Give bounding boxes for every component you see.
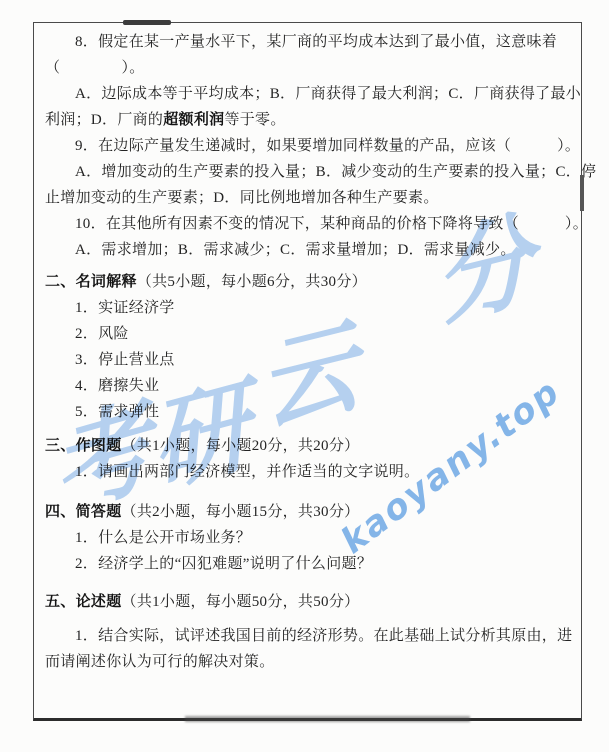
section2-heading: 二、名词解释（共5小题，每小题6分，共30分） — [45, 269, 575, 295]
text: 5．需求弹性 — [75, 404, 159, 420]
text: A．边际成本等于平均成本；B．厂商获得了最大利润；C．厂商获得了最小 — [75, 86, 581, 102]
text: （ ）。 — [45, 60, 145, 76]
q9-options-line1: A．增加变动的生产要素的投入量；B．减少变动的生产要素的投入量；C．停 — [45, 159, 575, 185]
section3-item1: 1．请画出两部门经济模型，并作适当的文字说明。 — [45, 459, 575, 485]
bold-text: 二、名词解释 — [45, 274, 137, 290]
scanned-exam-page: 8．假定在某一产量水平下，某厂商的平均成本达到了最小值，这意味着（ ）。A．边际… — [0, 0, 609, 752]
text: 2．经济学上的“囚犯难题”说明了什么问题？ — [75, 556, 372, 572]
text: （共1小题，每小题50分，共50分） — [122, 594, 360, 610]
section4-item2: 2．经济学上的“囚犯难题”说明了什么问题？ — [45, 551, 575, 577]
text: 等于零。 — [224, 112, 285, 128]
bold-text: 四、简答题 — [45, 504, 122, 520]
bold-text: 超额利润 — [163, 112, 224, 128]
section2-item2: 2．风险 — [45, 321, 575, 347]
section2-item1: 1．实证经济学 — [45, 295, 575, 321]
q8-line2: （ ）。 — [45, 55, 575, 81]
text: 4．磨擦失业 — [75, 378, 159, 394]
text: 而请阐述你认为可行的解决对策。 — [45, 654, 275, 670]
section2-item4: 4．磨擦失业 — [45, 373, 575, 399]
exam-body: 8．假定在某一产量水平下，某厂商的平均成本达到了最小值，这意味着（ ）。A．边际… — [45, 29, 575, 675]
section5-heading: 五、论述题（共1小题，每小题50分，共50分） — [45, 589, 575, 615]
text: 利润；D．厂商的 — [45, 112, 163, 128]
section4-item1: 1．什么是公开市场业务？ — [45, 525, 575, 551]
q9-options-line2: 止增加变动的生产要素；D．同比例地增加各种生产要素。 — [45, 185, 575, 211]
text: 2．风险 — [75, 326, 129, 342]
section5-item-line1: 1．结合实际，试评述我国目前的经济形势。在此基础上试分析其原由，进 — [45, 623, 575, 649]
section5-item-line2: 而请阐述你认为可行的解决对策。 — [45, 649, 575, 675]
page-border-frame: 8．假定在某一产量水平下，某厂商的平均成本达到了最小值，这意味着（ ）。A．边际… — [33, 22, 582, 721]
section3-heading: 三、作图题（共1小题，每小题20分，共20分） — [45, 433, 575, 459]
text: 9．在边际产量发生递减时，如果要增加同样数量的产品，应该（ ）。 — [75, 138, 580, 154]
q9-line1: 9．在边际产量发生递减时，如果要增加同样数量的产品，应该（ ）。 — [45, 133, 575, 159]
q8-line1: 8．假定在某一产量水平下，某厂商的平均成本达到了最小值，这意味着 — [45, 29, 575, 55]
q8-options-line2: 利润；D．厂商的超额利润等于零。 — [45, 107, 575, 133]
q8-options-line1: A．边际成本等于平均成本；B．厂商获得了最大利润；C．厂商获得了最小 — [45, 81, 575, 107]
bold-text: 三、作图题 — [45, 438, 122, 454]
text: 1．请画出两部门经济模型，并作适当的文字说明。 — [75, 464, 419, 480]
q10-line1: 10．在其他所有因素不变的情况下，某种商品的价格下降将导致（ ）。 — [45, 211, 575, 237]
text: 8．假定在某一产量水平下，某厂商的平均成本达到了最小值，这意味着 — [75, 34, 557, 50]
section4-heading: 四、简答题（共2小题，每小题15分，共30分） — [45, 499, 575, 525]
text: A．增加变动的生产要素的投入量；B．减少变动的生产要素的投入量；C．停 — [75, 164, 596, 180]
text: A．需求增加；B．需求减少；C．需求量增加；D．需求量减少。 — [75, 242, 516, 258]
section2-item3: 3．停止营业点 — [45, 347, 575, 373]
text: 3．停止营业点 — [75, 352, 175, 368]
text: （共1小题，每小题20分，共20分） — [122, 438, 360, 454]
text: 止增加变动的生产要素；D．同比例地增加各种生产要素。 — [45, 190, 439, 206]
text: 1．实证经济学 — [75, 300, 175, 316]
text: 1．结合实际，试评述我国目前的经济形势。在此基础上试分析其原由，进 — [75, 628, 572, 644]
text: 1．什么是公开市场业务？ — [75, 530, 251, 546]
text: （共5小题，每小题6分，共30分） — [137, 274, 367, 290]
text: 10．在其他所有因素不变的情况下，某种商品的价格下降将导致（ ）。 — [75, 216, 588, 232]
q10-options: A．需求增加；B．需求减少；C．需求量增加；D．需求量减少。 — [45, 237, 575, 263]
section2-item5: 5．需求弹性 — [45, 399, 575, 425]
text: （共2小题，每小题15分，共30分） — [122, 504, 360, 520]
bold-text: 五、论述题 — [45, 594, 122, 610]
